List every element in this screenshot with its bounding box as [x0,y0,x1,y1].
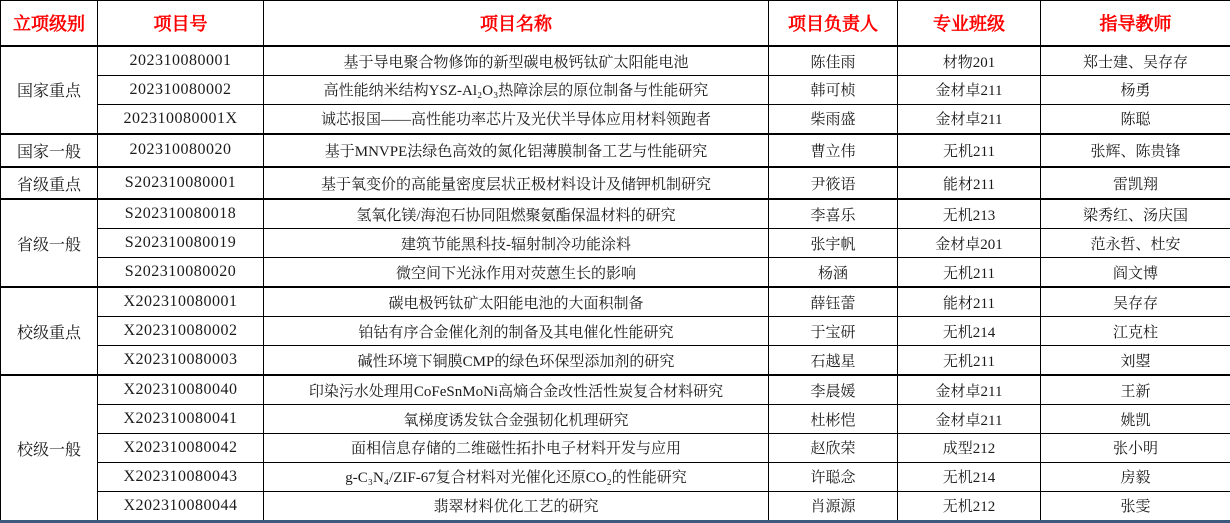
project-name-cell: 基于氧变价的高能量密度层状正极材料设计及储钾机制研究 [264,167,769,200]
table-header-row: 立项级别 项目号 项目名称 项目负责人 专业班级 指导教师 [1,1,1230,47]
table-row: X202310080002铂钴有序合金催化剂的制备及其电催化性能研究于宝研无机2… [1,317,1230,346]
advisor-cell: 江克柱 [1041,317,1230,346]
project-name-cell: 铂钴有序合金催化剂的制备及其电催化性能研究 [264,317,769,346]
table-row: 省级重点S202310080001基于氧变价的高能量密度层状正极材料设计及储钾机… [1,167,1230,200]
project-no-cell: X202310080002 [98,317,264,346]
advisor-cell: 姚凯 [1041,405,1230,434]
level-cell: 校级一般 [1,375,98,521]
project-no-cell: S202310080020 [98,258,264,288]
advisor-cell: 王新 [1041,375,1230,405]
class-cell: 无机213 [898,199,1041,229]
class-cell: 成型212 [898,433,1041,462]
project-no-cell: 202310080001X [98,104,264,134]
leader-cell: 于宝研 [769,317,898,346]
project-no-cell: X202310080043 [98,462,264,491]
leader-cell: 陈佳雨 [769,46,898,76]
project-name-cell: 碱性环境下铜膜CMP的绿色环保型添加剂的研究 [264,346,769,376]
project-no-cell: 202310080002 [98,76,264,105]
level-cell: 校级重点 [1,287,98,375]
class-cell: 金材卓211 [898,104,1041,134]
leader-cell: 许聪念 [769,462,898,491]
advisor-cell: 雷凯翔 [1041,167,1230,200]
project-no-cell: X202310080003 [98,346,264,376]
advisor-cell: 范永哲、杜安 [1041,229,1230,258]
advisor-cell: 房毅 [1041,462,1230,491]
project-no-cell: 202310080020 [98,134,264,167]
project-no-cell: X202310080001 [98,287,264,317]
leader-cell: 薛钰蕾 [769,287,898,317]
class-cell: 无机214 [898,462,1041,491]
advisor-cell: 张小明 [1041,433,1230,462]
col-header-class: 专业班级 [898,1,1041,47]
projects-table-region: 立项级别 项目号 项目名称 项目负责人 专业班级 指导教师 国家重点202310… [0,0,1230,523]
leader-cell: 韩可桢 [769,76,898,105]
advisor-cell: 梁秀红、汤庆国 [1041,199,1230,229]
class-cell: 金材卓211 [898,76,1041,105]
table-row: 省级一般S202310080018氢氧化镁/海泡石协同阻燃聚氨酯保温材料的研究李… [1,199,1230,229]
leader-cell: 石越星 [769,346,898,376]
class-cell: 材物201 [898,46,1041,76]
project-name-cell: 建筑节能黑科技-辐射制冷功能涂料 [264,229,769,258]
class-cell: 无机211 [898,134,1041,167]
class-cell: 能材211 [898,287,1041,317]
project-name-cell: 碳电极钙钛矿太阳能电池的大面积制备 [264,287,769,317]
advisor-cell: 郑士建、吴存存 [1041,46,1230,76]
table-row: X202310080042面相信息存储的二维磁性拓扑电子材料开发与应用赵欣荣成型… [1,433,1230,462]
table-row: 202310080002高性能纳米结构YSZ-Al₂O₃热障涂层的原位制备与性能… [1,76,1230,105]
col-header-level: 立项级别 [1,1,98,47]
col-header-project-no: 项目号 [98,1,264,47]
level-cell: 省级重点 [1,167,98,200]
table-row: S202310080020微空间下光泳作用对荧蒽生长的影响杨涵无机211阎文博 [1,258,1230,288]
advisor-cell: 吴存存 [1041,287,1230,317]
project-name-cell: 氢氧化镁/海泡石协同阻燃聚氨酯保温材料的研究 [264,199,769,229]
projects-table: 立项级别 项目号 项目名称 项目负责人 专业班级 指导教师 国家重点202310… [0,0,1230,523]
advisor-cell: 张雯 [1041,491,1230,521]
leader-cell: 赵欣荣 [769,433,898,462]
project-name-cell: 诚芯报国——高性能功率芯片及光伏半导体应用材料领跑者 [264,104,769,134]
class-cell: 金材卓211 [898,405,1041,434]
class-cell: 无机211 [898,346,1041,376]
project-name-cell: 氧梯度诱发钛合金强韧化机理研究 [264,405,769,434]
project-no-cell: X202310080040 [98,375,264,405]
leader-cell: 杜彬恺 [769,405,898,434]
leader-cell: 肖源源 [769,491,898,521]
class-cell: 能材211 [898,167,1041,200]
table-row: 校级一般X202310080040印染污水处理用CoFeSnMoNi高熵合金改性… [1,375,1230,405]
project-name-cell: 基于MNVPE法绿色高效的氮化铝薄膜制备工艺与性能研究 [264,134,769,167]
table-row: X202310080043g-C₃N₄/ZIF-67复合材料对光催化还原CO₂的… [1,462,1230,491]
level-cell: 省级一般 [1,199,98,287]
table-row: 国家一般202310080020基于MNVPE法绿色高效的氮化铝薄膜制备工艺与性… [1,134,1230,167]
leader-cell: 柴雨盛 [769,104,898,134]
class-cell: 金材卓201 [898,229,1041,258]
class-cell: 无机214 [898,317,1041,346]
advisor-cell: 杨勇 [1041,76,1230,105]
table-row: 校级重点X202310080001碳电极钙钛矿太阳能电池的大面积制备薛钰蕾能材2… [1,287,1230,317]
project-no-cell: S202310080001 [98,167,264,200]
table-row: 202310080001X诚芯报国——高性能功率芯片及光伏半导体应用材料领跑者柴… [1,104,1230,134]
advisor-cell: 刘曌 [1041,346,1230,376]
project-no-cell: X202310080041 [98,405,264,434]
project-name-cell: 高性能纳米结构YSZ-Al₂O₃热障涂层的原位制备与性能研究 [264,76,769,105]
table-row: X202310080003碱性环境下铜膜CMP的绿色环保型添加剂的研究石越星无机… [1,346,1230,376]
class-cell: 无机211 [898,258,1041,288]
table-row: X202310080041氧梯度诱发钛合金强韧化机理研究杜彬恺金材卓211姚凯 [1,405,1230,434]
project-no-cell: X202310080042 [98,433,264,462]
table-row: S202310080019建筑节能黑科技-辐射制冷功能涂料张宇帆金材卓201范永… [1,229,1230,258]
project-no-cell: S202310080018 [98,199,264,229]
leader-cell: 杨涵 [769,258,898,288]
project-no-cell: 202310080001 [98,46,264,76]
leader-cell: 尹筱语 [769,167,898,200]
project-name-cell: 翡翠材料优化工艺的研究 [264,491,769,521]
project-no-cell: S202310080019 [98,229,264,258]
col-header-leader: 项目负责人 [769,1,898,47]
table-row: X202310080044翡翠材料优化工艺的研究肖源源无机212张雯 [1,491,1230,521]
project-name-cell: 面相信息存储的二维磁性拓扑电子材料开发与应用 [264,433,769,462]
col-header-project-name: 项目名称 [264,1,769,47]
table-row: 国家重点202310080001基于导电聚合物修饰的新型碳电极钙钛矿太阳能电池陈… [1,46,1230,76]
advisor-cell: 陈聪 [1041,104,1230,134]
leader-cell: 张宇帆 [769,229,898,258]
level-cell: 国家一般 [1,134,98,167]
class-cell: 金材卓211 [898,375,1041,405]
class-cell: 无机212 [898,491,1041,521]
project-name-cell: g-C₃N₄/ZIF-67复合材料对光催化还原CO₂的性能研究 [264,462,769,491]
project-name-cell: 微空间下光泳作用对荧蒽生长的影响 [264,258,769,288]
level-cell: 国家重点 [1,46,98,134]
leader-cell: 曹立伟 [769,134,898,167]
leader-cell: 李喜乐 [769,199,898,229]
col-header-advisor: 指导教师 [1041,1,1230,47]
project-name-cell: 基于导电聚合物修饰的新型碳电极钙钛矿太阳能电池 [264,46,769,76]
project-no-cell: X202310080044 [98,491,264,521]
advisor-cell: 阎文博 [1041,258,1230,288]
advisor-cell: 张辉、陈贵锋 [1041,134,1230,167]
leader-cell: 李晨媛 [769,375,898,405]
project-name-cell: 印染污水处理用CoFeSnMoNi高熵合金改性活性炭复合材料研究 [264,375,769,405]
